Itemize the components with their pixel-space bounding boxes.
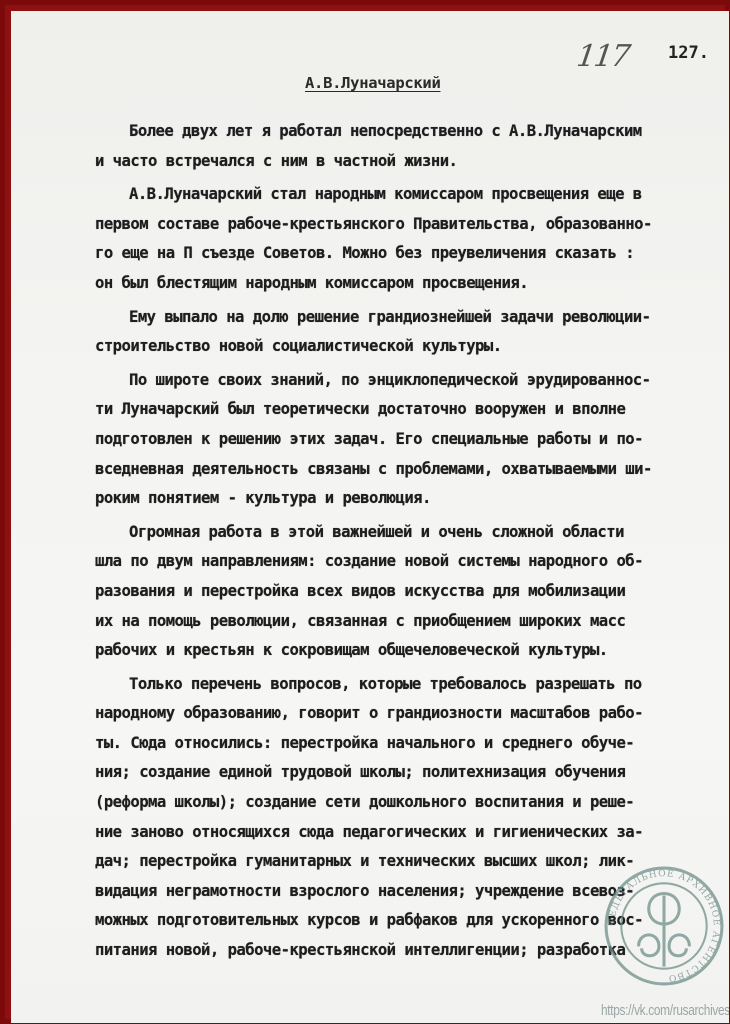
page-number-text: 127. (668, 43, 709, 63)
text-line: и часто встречался с ним в частной жизни… (95, 147, 729, 177)
text-line: ние заново относящихся сюда педагогическ… (95, 818, 729, 848)
text-line: народному образованию, говорит о грандио… (95, 699, 729, 729)
text-line: ты. Сюда относились: перестройка начальн… (95, 729, 729, 759)
text-line: рабочих и крестьян к сокровищам общечело… (95, 636, 729, 666)
text-line: роким понятием - культура и революция. (95, 484, 729, 514)
handwritten-archive-number: 117 (575, 39, 631, 74)
text-line: вседневная деятельность связаны с пробле… (95, 455, 729, 485)
text-line: го еще на П съезде Советов. Можно без пр… (95, 239, 729, 269)
red-frame-border: 117 127. А.В.Луначарский Более двух лет … (0, 0, 730, 1024)
text-line: А.В.Луначарский стал народным комиссаром… (95, 180, 729, 210)
text-line: Ему выпало на долю решение грандиознейше… (95, 303, 729, 333)
source-watermark: https://vk.com/rusarchives (601, 1003, 729, 1019)
text-line: (реформа школы); создание сети дошкольно… (95, 788, 729, 818)
text-line: их на помощь революции, связанная с прио… (95, 607, 729, 637)
document-body: Более двух лет я работал непосредственно… (95, 117, 729, 966)
document-title: А.В.Луначарский (305, 74, 440, 92)
text-line: По широте своих знаний, по энциклопедиче… (95, 366, 729, 396)
text-line: Только перечень вопросов, которые требов… (95, 670, 729, 700)
text-line: шла по двум направлениям: создание новой… (95, 547, 729, 577)
typewritten-page: 117 127. А.В.Луначарский Более двух лет … (11, 11, 729, 1023)
text-line: разования и перестройка всех видов искус… (95, 577, 729, 607)
text-line: Более двух лет я работал непосредственно… (95, 117, 729, 147)
text-line: Огромная работа в этой важнейшей и очень… (95, 518, 729, 548)
page-number: 127. (668, 43, 709, 63)
archive-seal-icon: ФЕДЕРАЛЬНОЕ АРХИВНОЕ АГЕНТСТВО (603, 865, 725, 987)
text-line: ти Луначарский был теоретически достаточ… (95, 395, 729, 425)
text-line: строительство новой социалистической кул… (95, 332, 729, 362)
text-line: он был блестящим народным комиссаром про… (95, 269, 729, 299)
text-line: ния; создание единой трудовой школы; пол… (95, 758, 729, 788)
text-line: подготовлен к решению этих задач. Его сп… (95, 425, 729, 455)
text-line: первом составе рабоче-крестьянского Прав… (95, 210, 729, 240)
